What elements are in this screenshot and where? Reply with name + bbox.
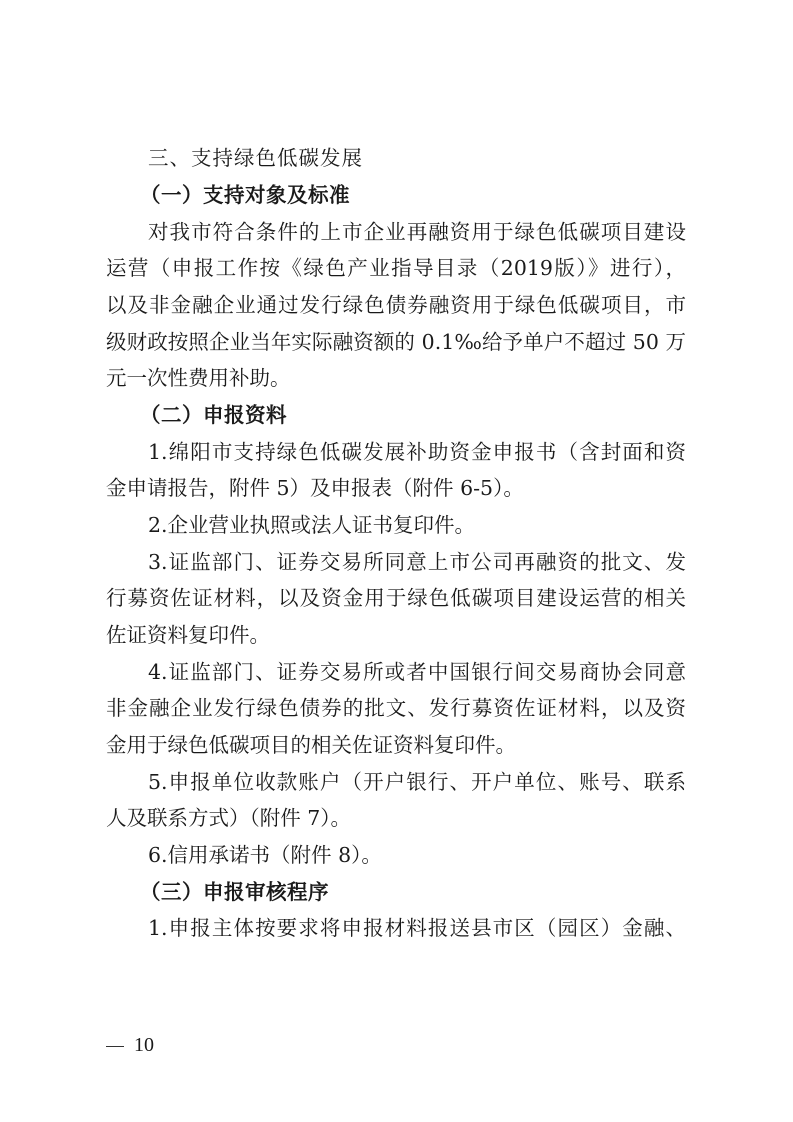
list-item-line: 佐证资料复印件。 [106,620,686,650]
subsection-heading-3: （三）申报审核程序 [140,877,720,907]
list-item-line: 5.申报单位收款账户（开户银行、开户单位、账号、联系 [148,767,686,797]
list-item-line: 4.证监部门、证券交易所或者中国银行间交易商协会同意 [148,657,686,687]
subsection-heading-1: （一）支持对象及标准 [140,180,720,210]
document-page: 三、支持绿色低碳发展 （一）支持对象及标准 对我市符合条件的上市企业再融资用于绿… [0,0,793,1122]
list-item-line: 非金融企业发行绿色债券的批文、发行募资佐证材料，以及资 [106,693,686,723]
list-item-line: 人及联系方式）（附件 7）。 [106,803,686,833]
list-item-line: 1.绵阳市支持绿色低碳发展补助资金申报书（含封面和资 [148,437,686,467]
list-item-line: 行募资佐证材料，以及资金用于绿色低碳项目建设运营的相关 [106,583,686,613]
page-number-dash [106,1046,124,1047]
list-item-line: 2.企业营业执照或法人证书复印件。 [148,510,686,540]
list-item-line: 6.信用承诺书（附件 8）。 [148,840,686,870]
list-item-line: 金申请报告，附件 5）及申报表（附件 6-5）。 [106,473,686,503]
subsection-heading-2: （二）申报资料 [140,400,720,430]
paragraph-line: 运营（申报工作按《绿色产业指导目录（2019版）》进行）， [106,253,686,283]
section-title: 三、支持绿色低碳发展 [148,143,728,173]
page-number-value: 10 [134,1034,154,1056]
page-number: 10 [106,1030,154,1060]
paragraph-line: 元一次性费用补助。 [106,363,686,393]
list-item-line: 1.申报主体按要求将申报材料报送县市区（园区）金融、 [148,913,686,943]
list-item-line: 3.证监部门、证券交易所同意上市公司再融资的批文、发 [148,547,686,577]
paragraph-line: 以及非金融企业通过发行绿色债券融资用于绿色低碳项目，市 [106,290,686,320]
list-item-line: 金用于绿色低碳项目的相关佐证资料复印件。 [106,730,686,760]
paragraph-line: 级财政按照企业当年实际融资额的 0.1‰给予单户不超过 50 万 [106,327,686,357]
paragraph-line: 对我市符合条件的上市企业再融资用于绿色低碳项目建设 [148,217,686,247]
